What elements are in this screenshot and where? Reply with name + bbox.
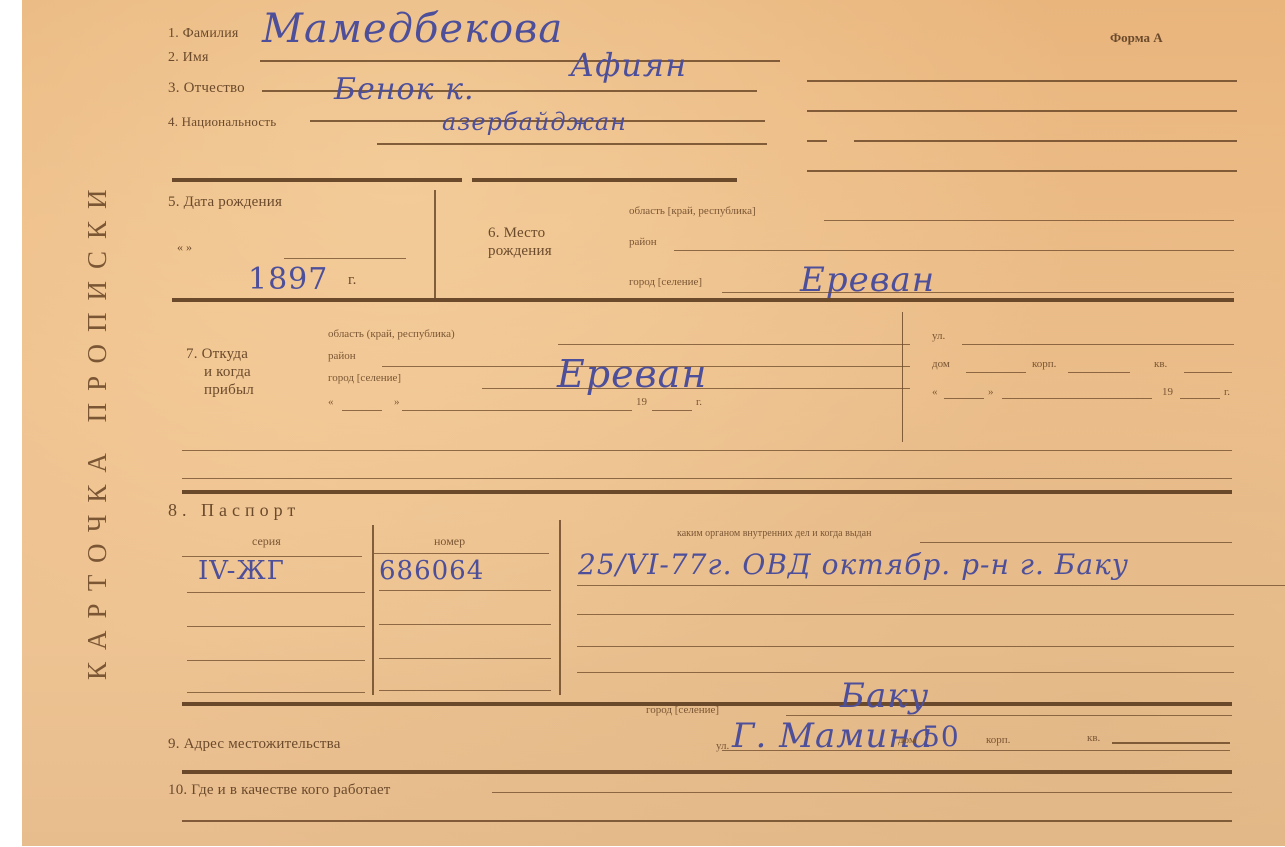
birth-place-label-line1: 6. Место bbox=[488, 224, 552, 242]
name-label: 2. Имя bbox=[168, 50, 209, 66]
passport-row-line-1a bbox=[187, 592, 365, 593]
residence-house-label: дом bbox=[898, 734, 916, 746]
residence-apartment-label: кв. bbox=[1087, 732, 1100, 744]
arrived-region-line bbox=[558, 344, 910, 345]
arrived-date2-quote-close: » bbox=[988, 386, 994, 398]
arrived-year-suffix: г. bbox=[696, 396, 702, 408]
section-divider-2 bbox=[172, 298, 1234, 302]
passport-header-line-2 bbox=[374, 553, 549, 554]
arrived-region-label: область (край, республика) bbox=[328, 328, 455, 340]
birth-year-value: 1897 bbox=[248, 262, 328, 297]
passport-series-value: IV-ЖГ bbox=[198, 556, 285, 586]
surname-line bbox=[260, 60, 780, 62]
birth-place-label: 6. Место рождения bbox=[488, 224, 552, 260]
arrived-date2-quote: « bbox=[932, 386, 938, 398]
arrived-apartment-label: кв. bbox=[1154, 358, 1167, 370]
section-divider-3 bbox=[182, 490, 1232, 494]
birth-district-label: район bbox=[629, 236, 657, 248]
arrived-from-label: 7. Откуда и когда прибыл bbox=[186, 345, 254, 399]
section-divider-5 bbox=[182, 770, 1232, 774]
passport-number-value: 686064 bbox=[379, 556, 484, 586]
arrived-city-label: город [селение] bbox=[328, 372, 401, 384]
arrived-city-value: Ереван bbox=[557, 352, 707, 396]
right-dash bbox=[807, 140, 827, 142]
arrived-street-line bbox=[962, 344, 1234, 345]
arrived-district-label: район bbox=[328, 350, 356, 362]
birth-region-label: область [край, республика] bbox=[629, 205, 756, 217]
arrived-city-line bbox=[482, 388, 910, 389]
section7-blank-line-1 bbox=[182, 450, 1232, 451]
birth-year-suffix: г. bbox=[348, 272, 357, 289]
registration-card: КАРТОЧКА ПРОПИСКИ Форма А 1. Фамилия Мам… bbox=[22, 0, 1285, 846]
passport-issued-header-line bbox=[920, 542, 1232, 543]
right-blank-line-1 bbox=[807, 80, 1237, 82]
passport-row-line-1b bbox=[379, 590, 551, 591]
card-title: КАРТОЧКА ПРОПИСКИ bbox=[82, 178, 113, 680]
passport-col-divider-1 bbox=[372, 525, 374, 695]
passport-row-line-4a bbox=[187, 692, 365, 693]
residence-apartment-line bbox=[1112, 742, 1230, 744]
arrived-label-line2: и когда bbox=[186, 363, 254, 381]
passport-issued-value: 25/VI-77г. ОВД октябр. р-н г. Баку bbox=[578, 548, 1129, 581]
surname-value: Мамедбекова bbox=[262, 6, 563, 52]
passport-row-line-3c bbox=[577, 646, 1234, 647]
birth-place-label-line2: рождения bbox=[488, 242, 552, 260]
arrived-right-divider bbox=[902, 312, 903, 442]
name-value: Афиян bbox=[570, 46, 687, 84]
passport-row-line-3b bbox=[379, 658, 551, 659]
residence-city-label: город [селение] bbox=[646, 704, 719, 716]
right-blank-line-2 bbox=[807, 110, 1237, 112]
arrived-day-line bbox=[342, 410, 382, 411]
patronymic-label: 3. Отчество bbox=[168, 80, 245, 97]
birth-region-line bbox=[824, 220, 1234, 221]
section-divider-1a bbox=[172, 178, 462, 182]
passport-series-header: серия bbox=[252, 534, 281, 549]
nationality-line bbox=[377, 143, 767, 145]
birth-district-line bbox=[674, 250, 1234, 251]
right-blank-line-4 bbox=[807, 170, 1237, 172]
birth-date-label: 5. Дата рождения bbox=[168, 194, 282, 211]
arrived-year2-prefix: 19 bbox=[1162, 386, 1173, 398]
birth-city-label: город [селение] bbox=[629, 276, 702, 288]
birth-divider bbox=[434, 190, 436, 298]
nationality-value: азербайджан bbox=[442, 108, 627, 136]
arrived-building-line bbox=[1068, 372, 1130, 373]
residence-house-value: 50 bbox=[922, 720, 960, 753]
arrived-month-line bbox=[402, 410, 632, 411]
arrived-apartment-line bbox=[1184, 372, 1232, 373]
passport-row-line-3a bbox=[187, 660, 365, 661]
passport-label: 8. Паспорт bbox=[168, 500, 300, 521]
right-blank-line-3 bbox=[854, 140, 1237, 142]
residence-building-label: корп. bbox=[986, 734, 1010, 746]
arrived-year2-line bbox=[1180, 398, 1220, 399]
passport-row-line-2a bbox=[187, 626, 365, 627]
surname-label: 1. Фамилия bbox=[168, 26, 239, 42]
birth-date-quotes: « » bbox=[177, 240, 192, 255]
form-label: Форма А bbox=[1110, 30, 1163, 46]
residence-city-value: Баку bbox=[840, 676, 929, 716]
passport-row-line-2c bbox=[577, 614, 1234, 615]
passport-row-line-1c bbox=[577, 585, 1285, 586]
section-divider-6 bbox=[182, 820, 1232, 822]
patronymic-value: Бенок к. bbox=[334, 72, 475, 107]
residence-label: 9. Адрес местожительства bbox=[168, 736, 341, 753]
arrived-year-prefix: 19 bbox=[636, 396, 647, 408]
arrived-label-line3: прибыл bbox=[186, 381, 254, 399]
employment-line bbox=[492, 792, 1232, 793]
passport-issued-header: каким органом внутренних дел и когда выд… bbox=[677, 528, 871, 539]
arrived-year-line bbox=[652, 410, 692, 411]
birth-city-line bbox=[722, 292, 1234, 293]
arrived-day2-line bbox=[944, 398, 984, 399]
passport-col-divider-2 bbox=[559, 520, 561, 695]
arrived-house-line bbox=[966, 372, 1026, 373]
residence-street-line bbox=[722, 750, 1230, 751]
nationality-label: 4. Национальность bbox=[168, 114, 276, 130]
passport-row-line-4b bbox=[379, 690, 551, 691]
arrived-date-quote: « bbox=[328, 396, 334, 408]
passport-row-line-4c bbox=[577, 672, 1234, 673]
section-divider-1b bbox=[472, 178, 737, 182]
arrived-month2-line bbox=[1002, 398, 1152, 399]
arrived-label-line1: 7. Откуда bbox=[186, 345, 254, 363]
passport-number-header: номер bbox=[434, 534, 465, 549]
arrived-building-label: корп. bbox=[1032, 358, 1056, 370]
birth-month-line bbox=[284, 258, 406, 259]
arrived-street-label: ул. bbox=[932, 330, 945, 342]
employment-label: 10. Где и в качестве кого работает bbox=[168, 782, 391, 799]
passport-row-line-2b bbox=[379, 624, 551, 625]
arrived-year2-suffix: г. bbox=[1224, 386, 1230, 398]
birth-city-value: Ереван bbox=[800, 260, 935, 300]
arrived-date-quote-close: » bbox=[394, 396, 400, 408]
section7-blank-line-2 bbox=[182, 478, 1232, 479]
arrived-house-label: дом bbox=[932, 358, 950, 370]
